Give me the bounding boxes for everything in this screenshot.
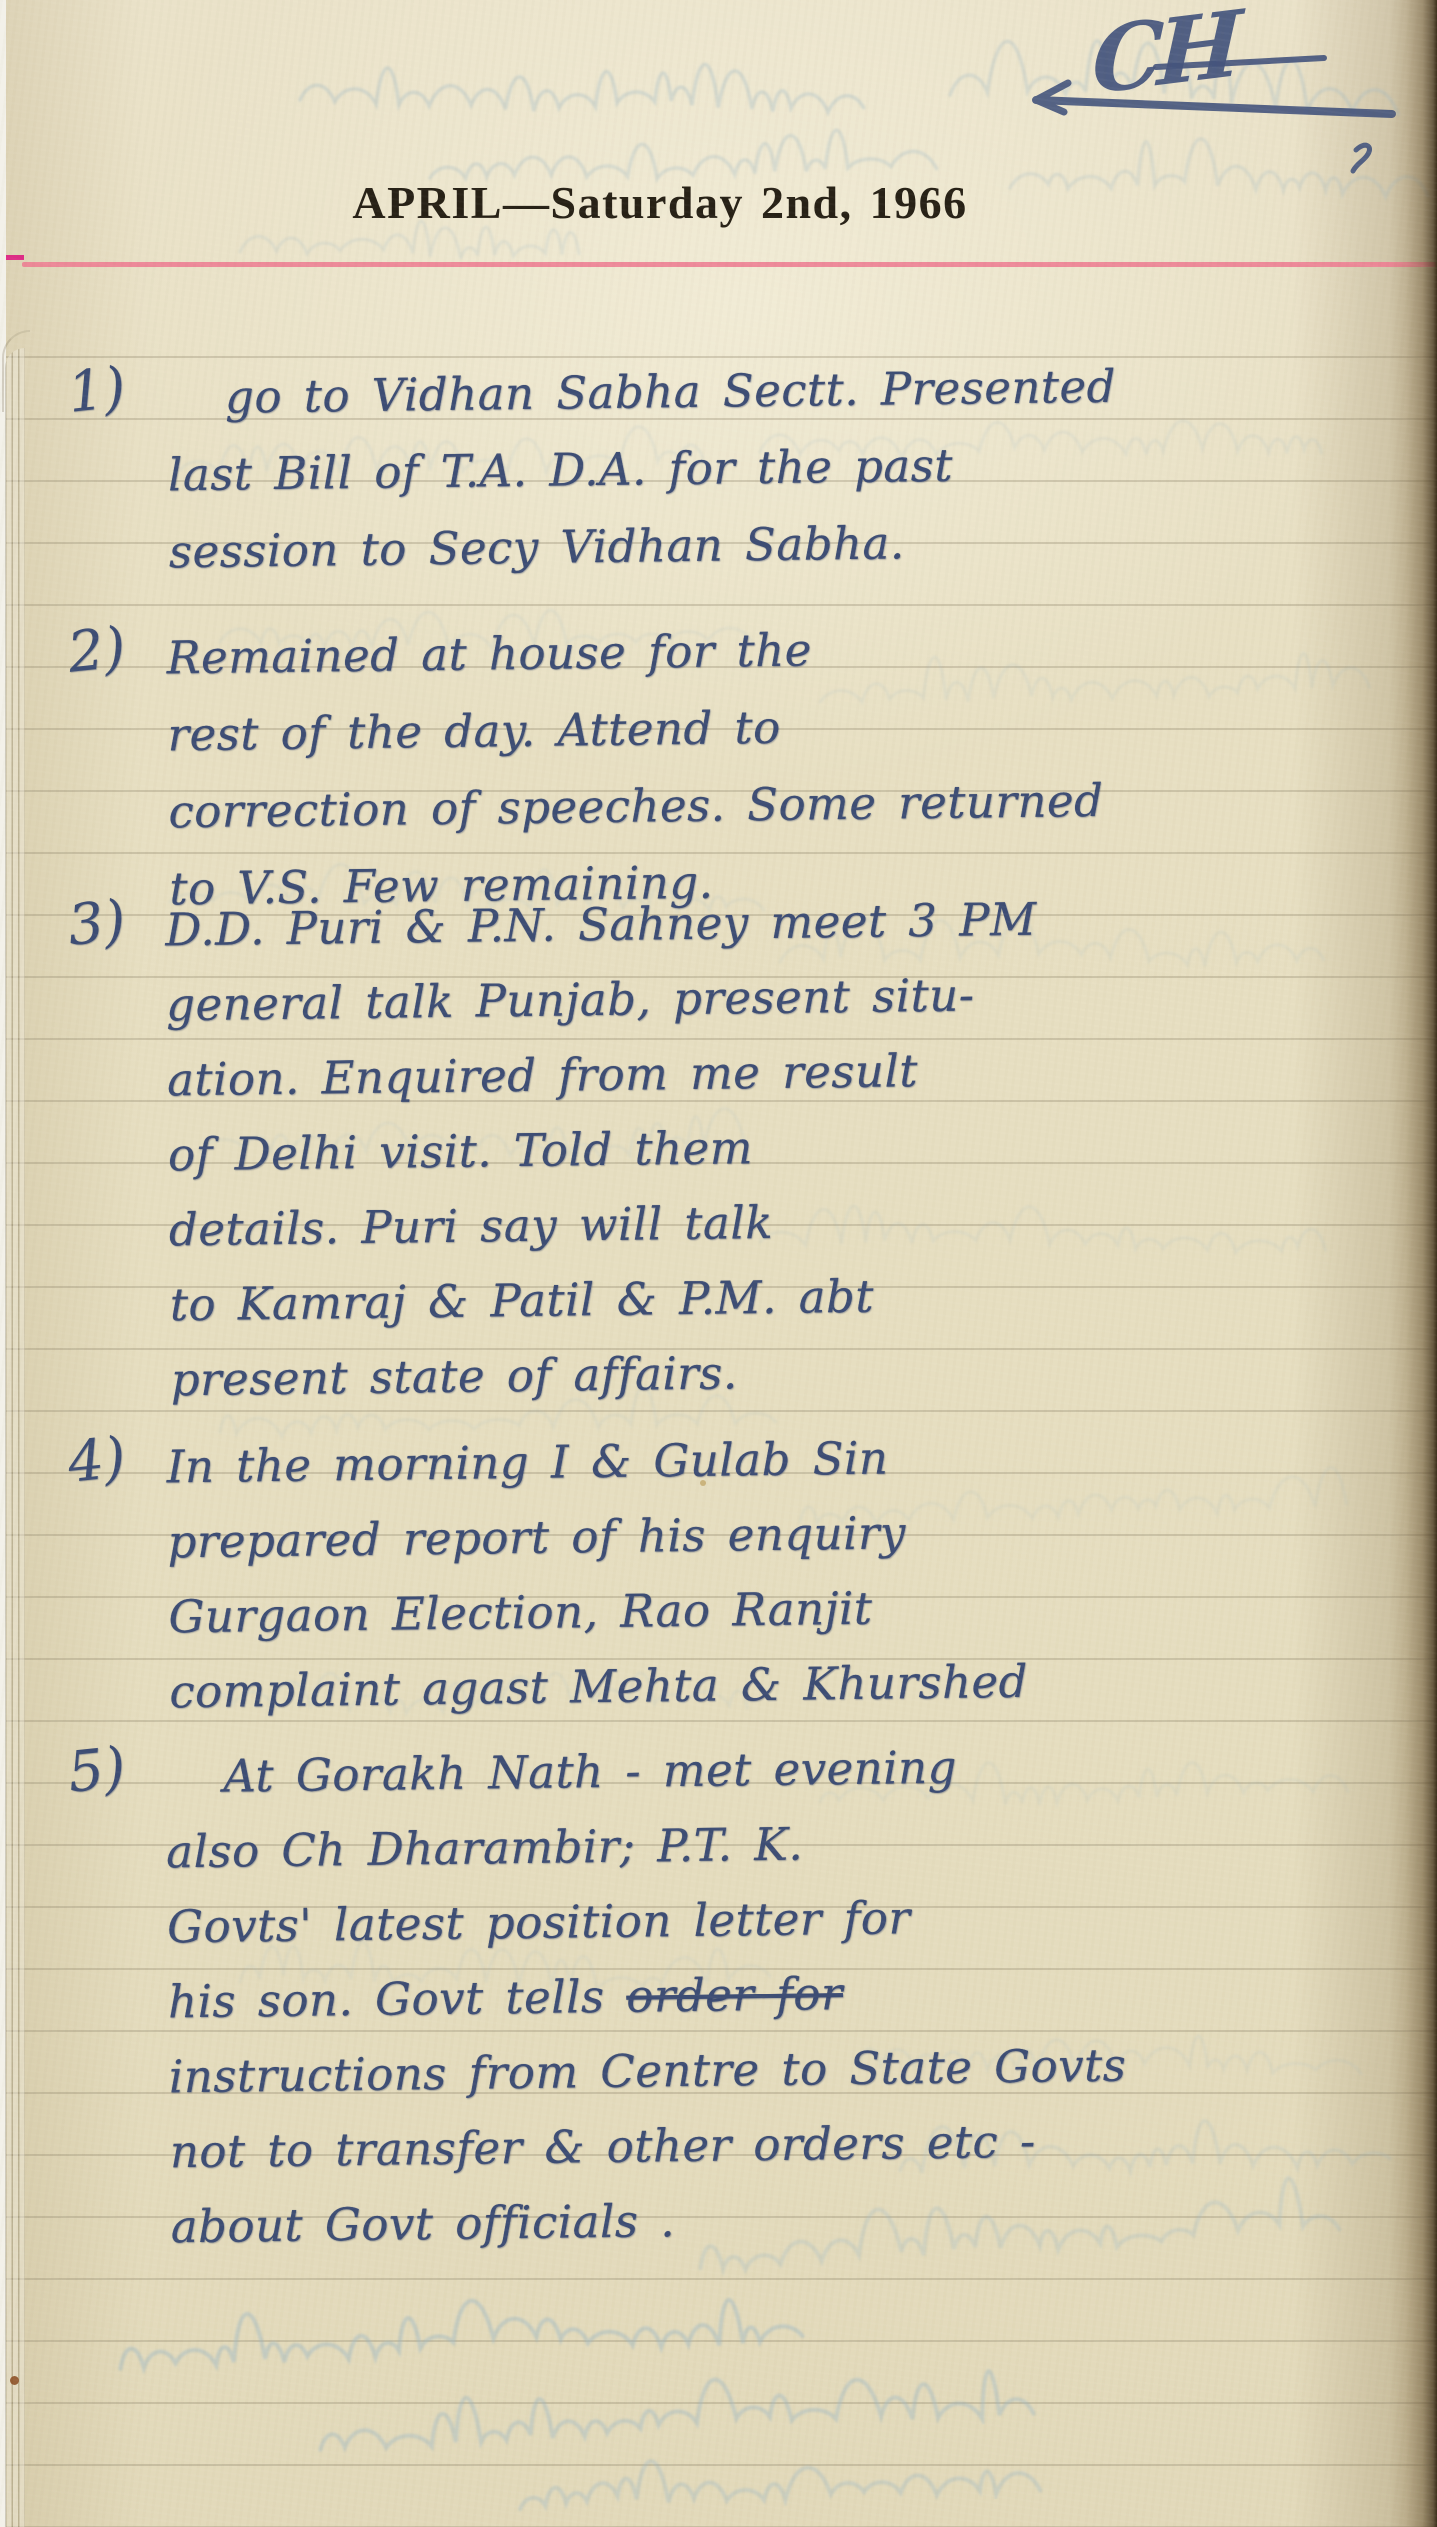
diary-entry: 2) Remained at house for the rest of the… [60,612,1367,920]
entry-number: 5) [65,1735,129,1806]
diary-entry: 3) D.D. Puri & P.N. Sahney meet 3 PM gen… [60,885,1367,1410]
struck-out-text: order for [626,1967,843,2023]
ink-bleedthrough [300,64,864,112]
ch-monogram: CH [1091,0,1238,115]
entry-line: about Govt officials . [170,2175,1370,2265]
underlying-page-edges [5,348,25,2527]
entry-line: of Delhi visit. Told them [168,1103,1368,1193]
paper-speck [700,1480,706,1486]
entry-line: complaint agast Mehta & Khurshed [169,1640,1369,1730]
page-date-header: APRIL—Saturday 2nd, 1966 [210,176,1110,229]
underline-arrowhead-bottom [1036,100,1064,112]
entry-line: present state of affairs. [170,1328,1370,1418]
entry-line-text: his son. Govt tells [168,1970,627,2029]
diary-entry: 4) In the morning I & Gulab Sin prepared… [60,1422,1367,1722]
diary-page-scan: APRIL—Saturday 2nd, 1966 CH 1) go to Vid… [0,0,1437,2527]
entry-line: Remained at house for the [166,605,1366,697]
entry-line: correction of speeches. Some returned [168,759,1368,851]
entry-number: 4) [65,1425,129,1496]
entry-line: rest of the day. Attend to [167,682,1367,774]
ink-comma-mark [1353,145,1370,171]
diary-entry: 1) go to Vidhan Sabha Sectt. Presented l… [60,352,1367,583]
entry-line: his son. Govt tells order for [168,1950,1368,2040]
entry-line: go to Vidhan Sabha Sectt. Presented [167,345,1367,437]
entry-line: session to Secy Vidhan Sabha. [169,499,1369,591]
pink-margin-rule [22,262,1437,267]
entry-number: 2) [65,615,129,686]
entry-number: 1) [65,355,129,426]
spine-shadow [1389,0,1437,2527]
monogram-underline [1036,100,1392,114]
diary-entry: 5) At Gorakh Nath - met evening also Ch … [60,1732,1367,2257]
ink-bleedthrough [430,130,937,179]
underline-arrowhead-top [1036,83,1068,100]
entry-number: 3) [65,888,129,959]
entry-line: last Bill of T.A. D.A. for the past [168,422,1368,514]
page-corner-edge [2,330,30,412]
paper-speck [10,2376,19,2385]
